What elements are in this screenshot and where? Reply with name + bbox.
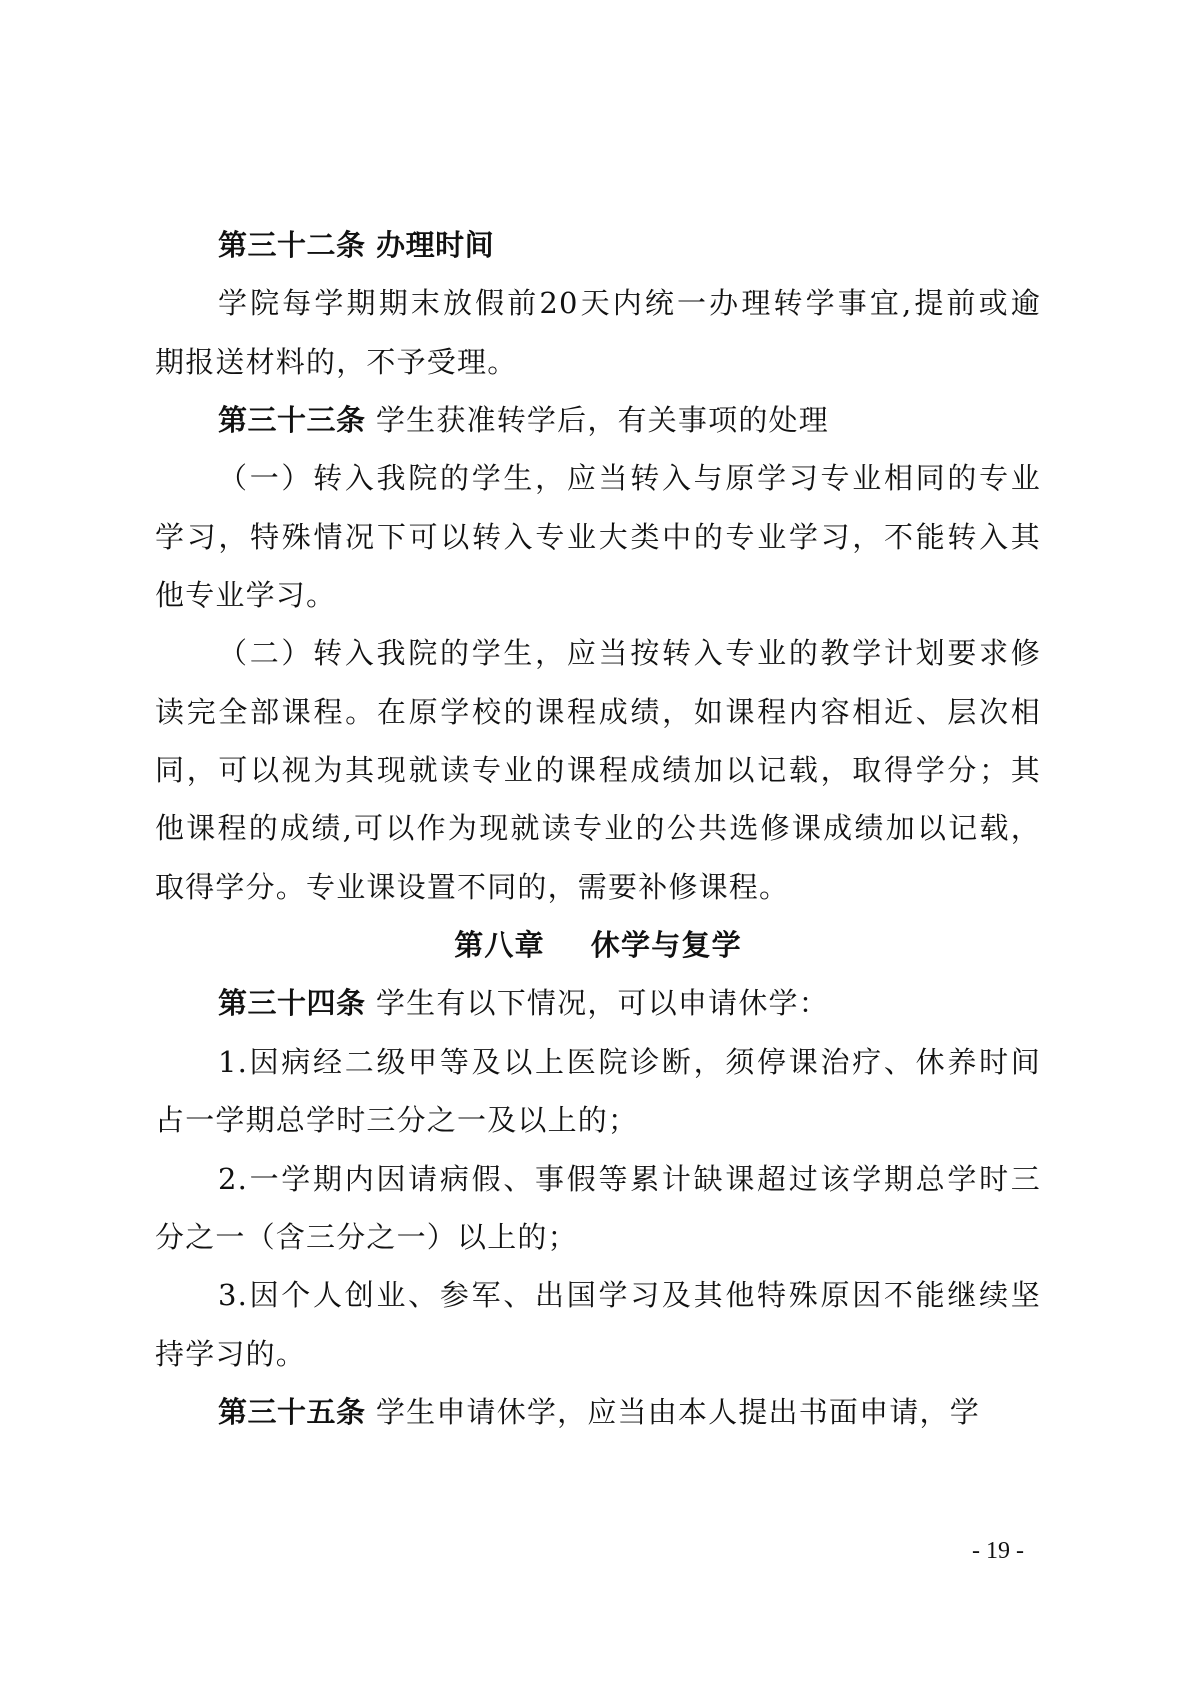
- article-35-text: 学生申请休学，应当由本人提出书面申请，学: [366, 1395, 980, 1429]
- article-33-item-1-line-1: （一）转入我院的学生，应当转入与原学习专业相同的专业: [155, 449, 1041, 507]
- article-32-heading: 第三十二条 办理时间: [155, 216, 1041, 274]
- article-33-item-2-line-3: 同，可以视为其现就读专业的课程成绩加以记载，取得学分；其: [155, 741, 1041, 799]
- chapter-number: 第八章: [454, 928, 545, 962]
- article-33-item-2-line-5: 取得学分。专业课设置不同的，需要补修课程。: [155, 858, 1041, 916]
- page-number: - 19 -: [972, 1538, 1024, 1565]
- article-34-title: 学生有以下情况，可以申请休学：: [366, 986, 829, 1020]
- document-page: 第三十二条 办理时间 学院每学期期末放假前20天内统一办理转学事宜,提前或逾 期…: [0, 0, 1191, 1684]
- article-34-heading: 第三十四条 学生有以下情况，可以申请休学：: [155, 974, 1041, 1032]
- document-body: 第三十二条 办理时间 学院每学期期末放假前20天内统一办理转学事宜,提前或逾 期…: [155, 216, 1041, 1441]
- article-32-text-line-2: 期报送材料的，不予受理。: [155, 333, 1041, 391]
- article-34-item-2-line-2: 分之一（含三分之一）以上的；: [155, 1208, 1041, 1266]
- article-32-title: 办理时间: [366, 228, 495, 262]
- article-34-number: 第三十四条: [218, 986, 366, 1020]
- article-35-number: 第三十五条: [218, 1395, 366, 1429]
- chapter-heading: 第八章休学与复学: [155, 916, 1041, 974]
- article-33-number: 第三十三条: [218, 403, 366, 437]
- article-33-heading: 第三十三条 学生获准转学后，有关事项的处理: [155, 391, 1041, 449]
- article-34-item-1-line-2: 占一学期总学时三分之一及以上的；: [155, 1091, 1041, 1149]
- article-33-item-2-line-4: 他课程的成绩,可以作为现就读专业的公共选修课成绩加以记载，: [155, 799, 1041, 857]
- article-34-item-3-line-1: 3.因个人创业、参军、出国学习及其他特殊原因不能继续坚: [155, 1266, 1041, 1324]
- article-33-title: 学生获准转学后，有关事项的处理: [366, 403, 829, 437]
- chapter-title: 休学与复学: [591, 928, 742, 962]
- article-33-item-2-line-1: （二）转入我院的学生，应当按转入专业的教学计划要求修: [155, 624, 1041, 682]
- article-34-item-1-line-1: 1.因病经二级甲等及以上医院诊断，须停课治疗、休养时间: [155, 1033, 1041, 1091]
- article-32-number: 第三十二条: [218, 228, 366, 262]
- article-34-item-3-line-2: 持学习的。: [155, 1325, 1041, 1383]
- article-33-item-1-line-2: 学习，特殊情况下可以转入专业大类中的专业学习，不能转入其: [155, 508, 1041, 566]
- article-33-item-1-line-3: 他专业学习。: [155, 566, 1041, 624]
- article-32-text-line-1: 学院每学期期末放假前20天内统一办理转学事宜,提前或逾: [155, 274, 1041, 332]
- article-35-heading: 第三十五条 学生申请休学，应当由本人提出书面申请，学: [155, 1383, 1041, 1441]
- article-33-item-2-line-2: 读完全部课程。在原学校的课程成绩，如课程内容相近、层次相: [155, 683, 1041, 741]
- article-34-item-2-line-1: 2.一学期内因请病假、事假等累计缺课超过该学期总学时三: [155, 1150, 1041, 1208]
